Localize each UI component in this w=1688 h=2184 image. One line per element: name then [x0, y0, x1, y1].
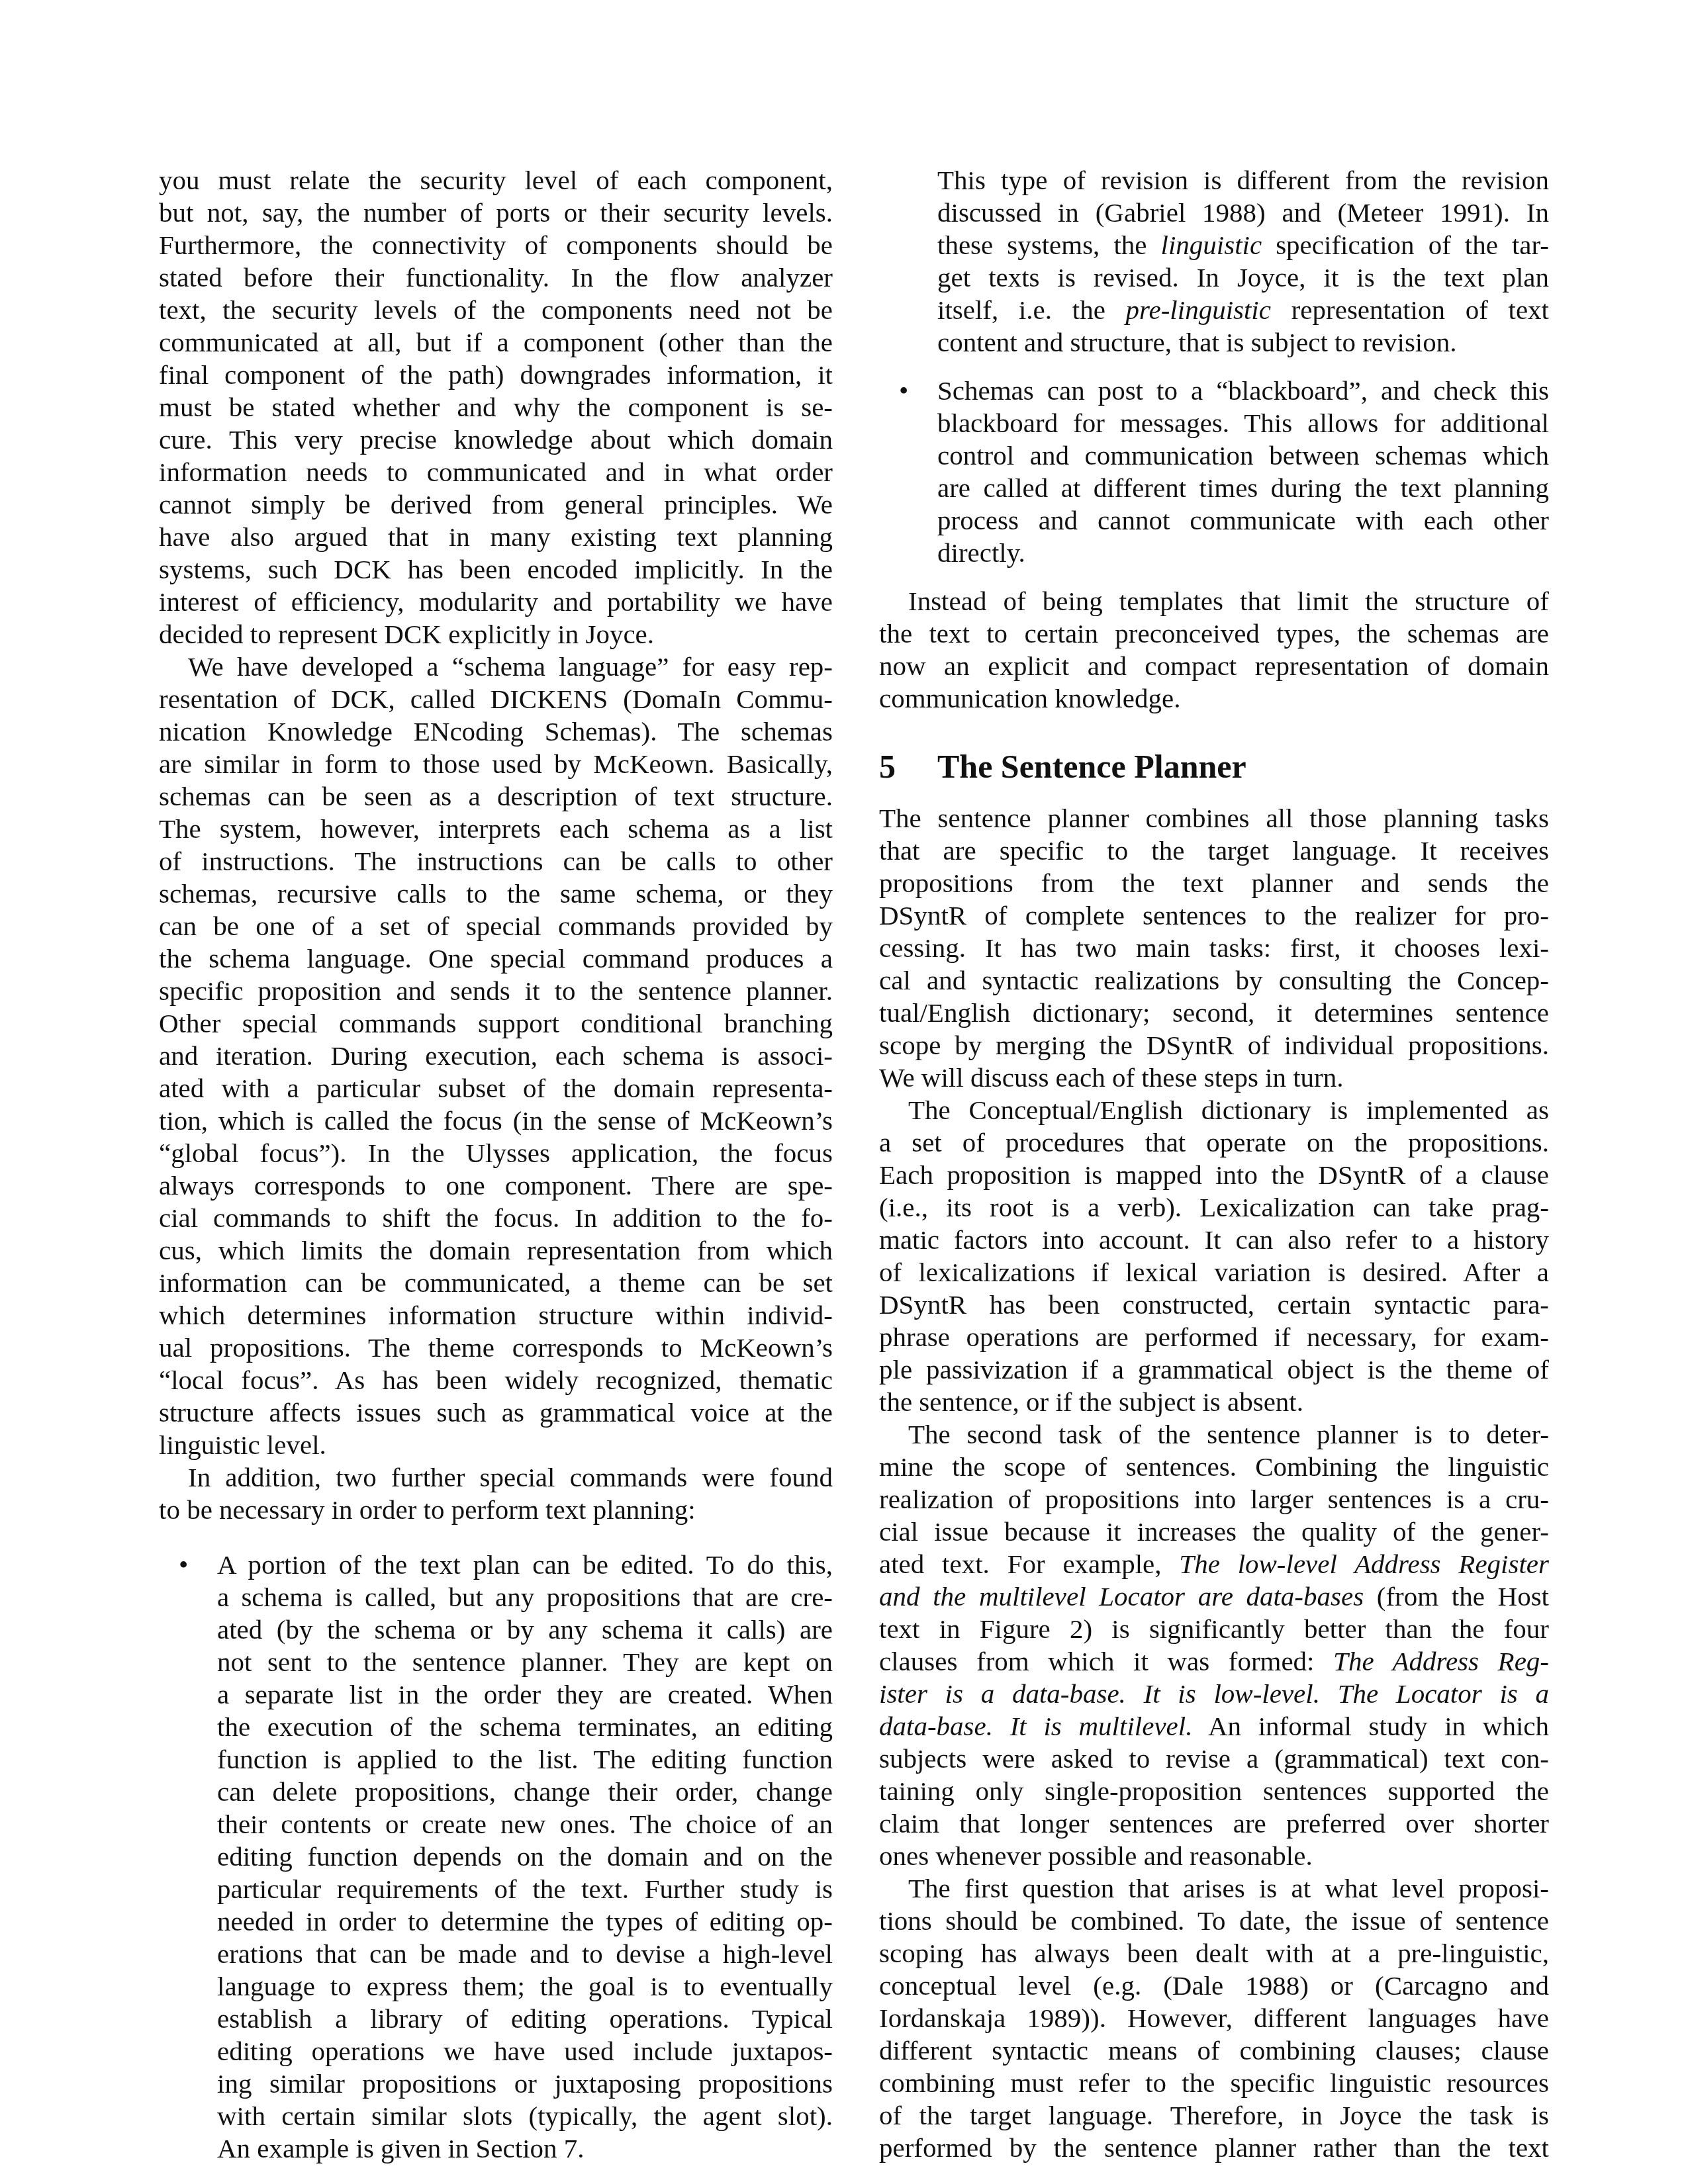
text-segment: of the target language. Therefore, in Jo… [879, 2100, 1549, 2130]
text-line: of lexicalizations if lexical variation … [879, 1256, 1549, 1289]
text-line: establish a library of editing operation… [159, 2003, 833, 2035]
text-line: process and cannot communicate with each… [879, 504, 1549, 537]
text-line: the schema language. One special command… [159, 942, 833, 975]
text-segment: itself, i.e. the [937, 295, 1126, 325]
text-segment: An informal study in which [1192, 1711, 1549, 1741]
text-line: but not, say, the number of ports or the… [159, 197, 833, 229]
text-line: Other special commands support condition… [159, 1007, 833, 1040]
text-line: scope by merging the DSyntR of individua… [879, 1029, 1549, 1062]
text-line: cus, which limits the domain representat… [159, 1234, 833, 1267]
text-line: interest of efficiency, modularity and p… [159, 586, 833, 618]
text-line: text in Figure 2) is significantly bette… [879, 1613, 1549, 1645]
text-line-content: A portion of the text plan can be edited… [217, 1549, 833, 1580]
text-segment: taining only single-proposition sentence… [879, 1776, 1549, 1806]
text-line: can be one of a set of special commands … [159, 910, 833, 942]
text-segment: ple passivization if a grammatical objec… [879, 1354, 1549, 1385]
paper-page: you must relate the security level of ea… [0, 0, 1688, 2184]
text-segment: clauses from which it was formed: [879, 1646, 1333, 1676]
text-line: propositions from the text planner and s… [879, 867, 1549, 899]
text-line: have also argued that in many existing t… [159, 521, 833, 553]
text-line: cannot simply be derived from general pr… [159, 488, 833, 521]
paragraph-schemas-summary: Instead of being templates that limit th… [879, 585, 1549, 715]
text-line: phrase operations are performed if neces… [879, 1321, 1549, 1353]
text-segment: content and structure, that is subject t… [937, 327, 1457, 357]
text-line: systems, such DCK has been encoded impli… [159, 553, 833, 586]
italic-text: The Address Reg- [1333, 1646, 1549, 1676]
text-segment: mine the scope of sentences. Combining t… [879, 1451, 1549, 1482]
text-segment: of lexicalizations if lexical variation … [879, 1257, 1549, 1287]
text-line: function is applied to the list. The edi… [159, 1743, 833, 1776]
text-line: a set of procedures that operate on the … [879, 1126, 1549, 1159]
text-line: are called at different times during the… [879, 472, 1549, 504]
text-line: tual/English dictionary; second, it dete… [879, 997, 1549, 1029]
text-line: DSyntR has been constructed, certain syn… [879, 1289, 1549, 1321]
text-line: cure. This very precise knowledge about … [159, 424, 833, 456]
text-segment: The second task of the sentence planner … [908, 1419, 1549, 1449]
text-line: Instead of being templates that limit th… [879, 585, 1549, 617]
text-line: combining must refer to the specific lin… [879, 2067, 1549, 2099]
italic-text: pre-linguistic [1126, 295, 1271, 325]
text-line: ated (by the schema or by any schema it … [159, 1614, 833, 1646]
text-line: a separate list in the order they are cr… [159, 1678, 833, 1711]
text-line: not sent to the sentence planner. They a… [159, 1646, 833, 1678]
text-line: are similar in form to those used by McK… [159, 748, 833, 780]
text-line: get texts is revised. In Joyce, it is th… [879, 261, 1549, 294]
text-line: blackboard for messages. This allows for… [879, 407, 1549, 439]
italic-text: and the multilevel Locator are data-base… [879, 1581, 1364, 1612]
text-line: ual propositions. The theme corresponds … [159, 1332, 833, 1364]
text-line: that are specific to the target language… [879, 835, 1549, 867]
text-segment: cial issue because it increases the qual… [879, 1516, 1549, 1547]
text-segment: cessing. It has two main tasks: first, i… [879, 933, 1549, 963]
text-line: language to express them; the goal is to… [159, 1970, 833, 2003]
text-line: We will discuss each of these steps in t… [879, 1062, 1549, 1094]
text-line: structure affects issues such as grammat… [159, 1396, 833, 1429]
text-line: information needs to communicated and in… [159, 456, 833, 488]
text-line-content: Schemas can post to a “blackboard”, and … [937, 375, 1549, 406]
text-line: The second task of the sentence planner … [879, 1418, 1549, 1451]
text-line: now an explicit and compact representati… [879, 650, 1549, 682]
text-line: directly. [879, 537, 1549, 569]
text-line: schemas, recursive calls to the same sch… [159, 878, 833, 910]
italic-text: The low-level Address Register [1179, 1549, 1549, 1579]
text-segment: combining must refer to the specific lin… [879, 2068, 1549, 2098]
text-line: editing operations we have used include … [159, 2035, 833, 2068]
section-title: The Sentence Planner [937, 748, 1246, 785]
text-line: information can be communicated, a theme… [159, 1267, 833, 1299]
text-segment: text in Figure 2) is significantly bette… [879, 1614, 1549, 1644]
paragraph-sentence-planner-overview: The sentence planner combines all those … [879, 802, 1549, 1094]
spacer [159, 1526, 833, 1549]
text-line: Furthermore, the connectivity of compone… [159, 229, 833, 261]
text-segment: (from the Host [1364, 1581, 1549, 1612]
text-segment: the sentence, or if the subject is absen… [879, 1387, 1303, 1417]
text-segment: (i.e., its root is a verb). Lexicalizati… [879, 1192, 1549, 1222]
text-line: The system, however, interprets each sch… [159, 813, 833, 845]
text-line: schemas can be seen as a description of … [159, 780, 833, 813]
text-line: DSyntR of complete sentences to the real… [879, 899, 1549, 932]
text-segment: propositions from the text planner and s… [879, 868, 1549, 898]
text-segment: conceptual level (e.g. (Dale 1988) or (C… [879, 1970, 1549, 2001]
paragraph-special-commands-intro: In addition, two further special command… [159, 1461, 833, 1526]
text-line: and the multilevel Locator are data-base… [879, 1580, 1549, 1613]
text-line: erations that can be made and to devise … [159, 1938, 833, 1970]
italic-text: ister is a data-base. It is low-level. T… [879, 1678, 1549, 1709]
text-line: text, the security levels of the compone… [159, 294, 833, 326]
text-line: matic factors into account. It can also … [879, 1224, 1549, 1256]
text-line: •A portion of the text plan can be edite… [159, 1549, 833, 1581]
text-line: cal and syntactic realizations by consul… [879, 964, 1549, 997]
text-segment: specification of the tar- [1262, 230, 1549, 260]
paragraph-sentence-scope: The second task of the sentence planner … [879, 1418, 1549, 1872]
text-line: ing similar propositions or juxtaposing … [159, 2068, 833, 2100]
text-line: final component of the path) downgrades … [159, 359, 833, 391]
text-line: Each proposition is mapped into the DSyn… [879, 1159, 1549, 1191]
text-line: realization of propositions into larger … [879, 1483, 1549, 1516]
text-line: subjects were asked to revise a (grammat… [879, 1743, 1549, 1775]
right-column: This type of revision is different from … [879, 164, 1549, 2164]
text-segment: Iordanskaja 1989)). However, different l… [879, 2003, 1549, 2033]
text-line: communicated at all, but if a component … [159, 326, 833, 359]
text-line: which determines information structure w… [159, 1299, 833, 1332]
text-line: the text to certain preconceived types, … [879, 617, 1549, 650]
text-line: ple passivization if a grammatical objec… [879, 1353, 1549, 1386]
text-line: cessing. It has two main tasks: first, i… [879, 932, 1549, 964]
text-line: ated with a particular subset of the dom… [159, 1072, 833, 1105]
text-line: tions should be combined. To date, the i… [879, 1905, 1549, 1937]
text-line: stated before their functionality. In th… [159, 261, 833, 294]
text-segment: subjects were asked to revise a (grammat… [879, 1743, 1549, 1774]
text-line: (i.e., its root is a verb). Lexicalizati… [879, 1191, 1549, 1224]
text-line: of instructions. The instructions can be… [159, 845, 833, 878]
text-line: Iordanskaja 1989)). However, different l… [879, 2002, 1549, 2034]
text-segment: phrase operations are performed if neces… [879, 1322, 1549, 1352]
text-segment: We will discuss each of these steps in t… [879, 1062, 1344, 1093]
text-segment: ated text. For example, [879, 1549, 1179, 1579]
text-line: of the target language. Therefore, in Jo… [879, 2099, 1549, 2132]
text-line: This type of revision is different from … [879, 164, 1549, 197]
text-line: can delete propositions, change their or… [159, 1776, 833, 1808]
text-line: mine the scope of sentences. Combining t… [879, 1451, 1549, 1483]
spacer [879, 359, 1549, 375]
text-line: We have developed a “schema language” fo… [159, 651, 833, 683]
left-column: you must relate the security level of ea… [159, 164, 833, 2165]
paragraph-dck-ordering: you must relate the security level of ea… [159, 164, 833, 651]
text-line: their contents or create new ones. The c… [159, 1808, 833, 1841]
text-line: particular requirements of the text. Fur… [159, 1873, 833, 1905]
text-segment: The sentence planner combines all those … [879, 803, 1549, 833]
paragraph-conceptual-english-dictionary: The Conceptual/English dictionary is imp… [879, 1094, 1549, 1418]
text-segment: a set of procedures that operate on the … [879, 1127, 1549, 1158]
text-segment: DSyntR has been constructed, certain syn… [879, 1289, 1549, 1320]
text-segment: get texts is revised. In Joyce, it is th… [937, 262, 1549, 293]
text-line: ated text. For example, The low-level Ad… [879, 1548, 1549, 1580]
text-line: linguistic level. [159, 1429, 833, 1461]
bullet-item-blackboard: •Schemas can post to a “blackboard”, and… [879, 375, 1549, 569]
text-line: “local focus”. As has been widely recogn… [159, 1364, 833, 1396]
text-line: decided to represent DCK explicitly in J… [159, 618, 833, 651]
text-line: claim that longer sentences are preferre… [879, 1807, 1549, 1840]
text-line: •Schemas can post to a “blackboard”, and… [879, 375, 1549, 407]
text-line: resentation of DCK, called DICKENS (Doma… [159, 683, 833, 715]
text-line: with certain similar slots (typically, t… [159, 2100, 833, 2132]
italic-text: linguistic [1161, 230, 1262, 260]
text-segment: representation of text [1271, 295, 1549, 325]
text-line: The Conceptual/English dictionary is imp… [879, 1094, 1549, 1126]
text-line: tion, which is called the focus (in the … [159, 1105, 833, 1137]
text-segment: Each proposition is mapped into the DSyn… [879, 1160, 1549, 1190]
text-line: these systems, the linguistic specificat… [879, 229, 1549, 261]
text-segment: discussed in (Gabriel 1988) and (Meteer … [937, 197, 1549, 228]
bullet-item-text-plan-editing: •A portion of the text plan can be edite… [159, 1549, 833, 2165]
bullet-icon: • [899, 375, 925, 407]
text-line: conceptual level (e.g. (Dale 1988) or (C… [879, 1970, 1549, 2002]
text-line: clauses from which it was formed: The Ad… [879, 1645, 1549, 1678]
text-line: needed in order to determine the types o… [159, 1905, 833, 1938]
text-segment: tions should be combined. To date, the i… [879, 1905, 1549, 1936]
text-segment: performed by the sentence planner rather… [879, 2132, 1549, 2163]
section-number: 5 [879, 739, 937, 794]
text-line: and iteration. During execution, each sc… [159, 1040, 833, 1072]
text-line: the sentence, or if the subject is absen… [879, 1386, 1549, 1418]
text-line: a schema is called, but any propositions… [159, 1581, 833, 1614]
text-segment: that are specific to the target language… [879, 835, 1549, 866]
text-line: scoping has always been dealt with at a … [879, 1937, 1549, 1970]
text-line: An example is given in Section 7. [159, 2132, 833, 2165]
text-line: ister is a data-base. It is low-level. T… [879, 1678, 1549, 1710]
text-line: cial commands to shift the focus. In add… [159, 1202, 833, 1234]
text-line: content and structure, that is subject t… [879, 326, 1549, 359]
text-line: performed by the sentence planner rather… [879, 2132, 1549, 2164]
text-segment: DSyntR of complete sentences to the real… [879, 900, 1549, 931]
text-segment: The first question that arises is at wha… [908, 1873, 1549, 1903]
text-segment: matic factors into account. It can also … [879, 1224, 1549, 1255]
text-line: The sentence planner combines all those … [879, 802, 1549, 835]
text-line: cial issue because it increases the qual… [879, 1516, 1549, 1548]
text-line: different syntactic means of combining c… [879, 2034, 1549, 2067]
text-segment: tual/English dictionary; second, it dete… [879, 997, 1549, 1028]
text-line: control and communication between schema… [879, 439, 1549, 472]
text-segment: This type of revision is different from … [937, 165, 1549, 195]
text-line: In addition, two further special command… [159, 1461, 833, 1494]
text-line: nication Knowledge ENcoding Schemas). Th… [159, 715, 833, 748]
text-line: data-base. It is multilevel. An informal… [879, 1710, 1549, 1743]
text-line: ones whenever possible and reasonable. [879, 1840, 1549, 1872]
text-line: taining only single-proposition sentence… [879, 1775, 1549, 1807]
spacer [879, 569, 1549, 585]
paragraph-dickens-schema-language: We have developed a “schema language” fo… [159, 651, 833, 1461]
text-line: must be stated whether and why the compo… [159, 391, 833, 424]
text-segment: ones whenever possible and reasonable. [879, 1841, 1313, 1871]
text-segment: different syntactic means of combining c… [879, 2035, 1549, 2066]
text-segment: claim that longer sentences are preferre… [879, 1808, 1549, 1839]
text-line: specific proposition and sends it to the… [159, 975, 833, 1007]
text-line: to be necessary in order to perform text… [159, 1494, 833, 1526]
text-line: communication knowledge. [879, 682, 1549, 715]
text-line: you must relate the security level of ea… [159, 164, 833, 197]
text-segment: realization of propositions into larger … [879, 1484, 1549, 1514]
text-line: itself, i.e. the pre-linguistic represen… [879, 294, 1549, 326]
text-segment: The Conceptual/English dictionary is imp… [908, 1095, 1549, 1125]
text-line: “global focus”). In the Ulysses applicat… [159, 1137, 833, 1169]
text-segment: scope by merging the DSyntR of individua… [879, 1030, 1549, 1060]
paragraph-combination-level: The first question that arises is at wha… [879, 1872, 1549, 2164]
text-line: discussed in (Gabriel 1988) and (Meteer … [879, 197, 1549, 229]
text-segment: these systems, the [937, 230, 1161, 260]
text-line: The first question that arises is at wha… [879, 1872, 1549, 1905]
text-line: editing function depends on the domain a… [159, 1841, 833, 1873]
text-segment: scoping has always been dealt with at a … [879, 1938, 1549, 1968]
text-line: always corresponds to one component. The… [159, 1169, 833, 1202]
bullet-continuation-revision: This type of revision is different from … [879, 164, 1549, 359]
text-segment: cal and syntactic realizations by consul… [879, 965, 1549, 995]
section-heading: 5The Sentence Planner [879, 739, 1549, 794]
bullet-icon: • [179, 1549, 205, 1581]
text-line: the execution of the schema terminates, … [159, 1711, 833, 1743]
italic-text: data-base. It is multilevel. [879, 1711, 1192, 1741]
